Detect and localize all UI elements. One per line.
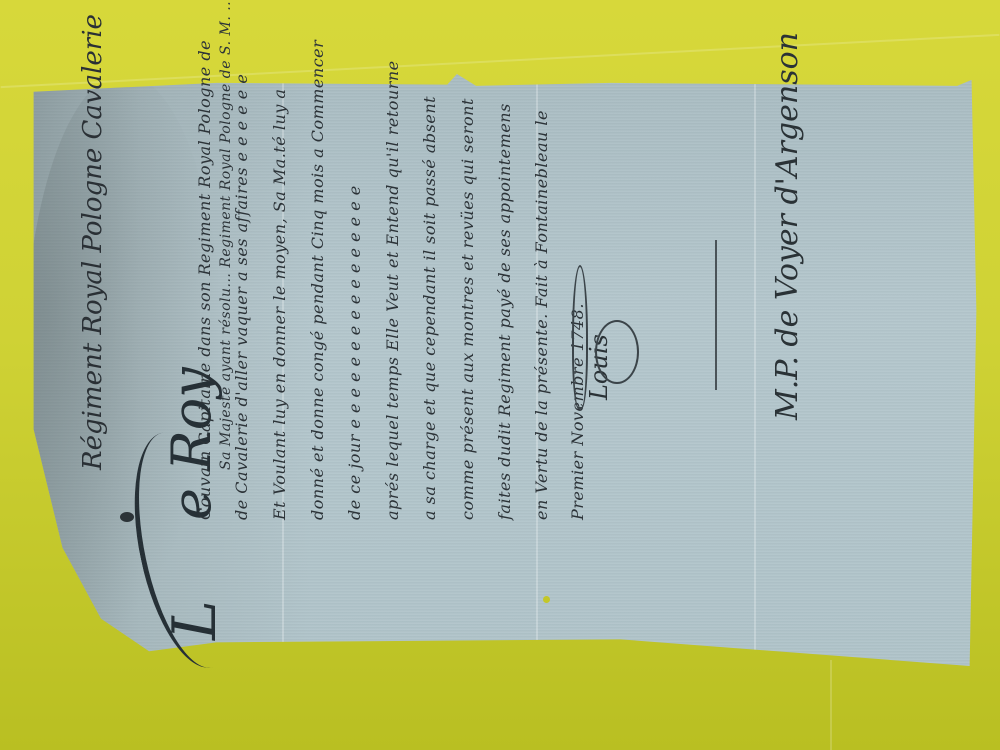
secretary-signature: M.P. de Voyer d'Argenson (770, 32, 805, 420)
text-line-8: a sa charge et que cependant il soit pas… (420, 96, 439, 520)
text-line-5: donné et donne congé pendant Cinq mois a… (308, 40, 327, 520)
text-line-11: en Vertu de la présente. Fait à Fontaine… (532, 110, 551, 520)
signature-underline (715, 240, 717, 390)
document-heading: Régiment Royal Pologne Cavalerie (78, 14, 108, 470)
text-line-9: comme présent aux montres et revües qui … (458, 98, 477, 520)
text-line-4: Et Voulant luy en donner le moyen, Sa Ma… (270, 89, 289, 520)
text-line-2: Couvain Capitaine dans son Regiment Roya… (195, 40, 214, 520)
signature-stroke (572, 265, 588, 409)
initial-letter: L (160, 600, 230, 640)
text-line-3: de Cavalerie d'aller vaquer a ses affair… (232, 74, 251, 520)
paper-hole (543, 596, 550, 603)
signature-flourish (595, 320, 639, 384)
text-line-7: aprés lequel temps Elle Veut et Entend q… (383, 60, 402, 520)
text-line-10: faites dudit Regiment payé de ses appoin… (495, 103, 514, 520)
background-crease (1, 34, 1000, 88)
paper-fold-line (754, 74, 756, 666)
background-crease (830, 660, 832, 750)
text-line-6: de ce jour e e e e e e e e e e e e e e e… (345, 185, 364, 520)
ink-blot (120, 512, 134, 522)
